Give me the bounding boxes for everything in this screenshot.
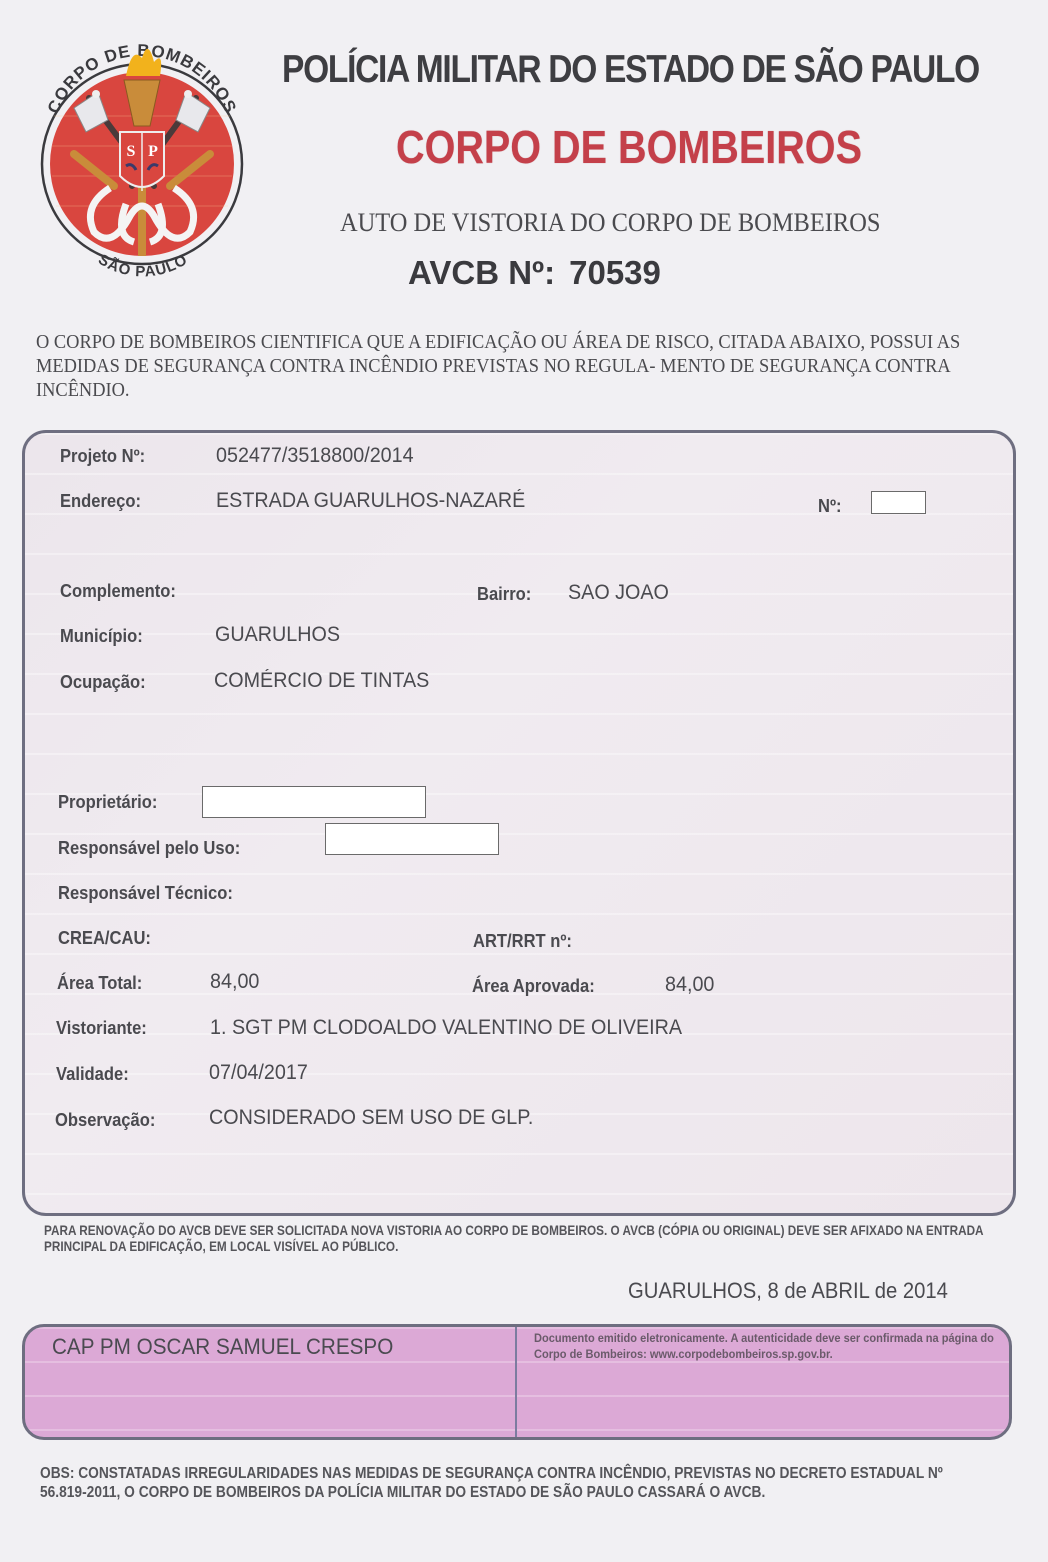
endereco-label: Endereço: [60, 491, 141, 512]
certification-statement: O CORPO DE BOMBEIROS CIENTIFICA QUE A ED… [36, 330, 1026, 402]
validade-label: Validade: [56, 1064, 129, 1085]
responsavel-uso-redacted [325, 823, 499, 855]
numero-label: Nº: [818, 496, 842, 517]
observacao-label: Observação: [55, 1110, 155, 1131]
ocupacao-value: COMÉRCIO DE TINTAS [214, 669, 429, 693]
avcb-number: AVCB Nº:70539 [408, 254, 661, 292]
crea-cau-label: CREA/CAU: [58, 928, 151, 949]
svg-text:S: S [127, 143, 136, 160]
area-aprovada-value: 84,00 [665, 973, 714, 997]
signature-divider [515, 1327, 517, 1437]
place-date: GUARULHOS, 8 de ABRIL de 2014 [628, 1278, 948, 1304]
municipio-label: Município: [60, 626, 143, 647]
ocupacao-label: Ocupação: [60, 672, 146, 693]
vistoriante-value: 1. SGT PM CLODOALDO VALENTINO DE OLIVEIR… [210, 1016, 682, 1040]
renewal-notice: PARA RENOVAÇÃO DO AVCB DEVE SER SOLICITA… [44, 1222, 1002, 1254]
signer-name: CAP PM OSCAR SAMUEL CRESPO [52, 1334, 393, 1360]
projeto-label: Projeto Nº: [60, 446, 145, 467]
area-total-value: 84,00 [210, 970, 259, 994]
complemento-label: Complemento: [60, 581, 176, 602]
avcb-label: AVCB Nº: [408, 254, 555, 291]
vistoriante-label: Vistoriante: [56, 1018, 147, 1039]
unit-title: CORPO DE BOMBEIROS [396, 120, 862, 174]
projeto-value: 052477/3518800/2014 [216, 444, 414, 468]
art-rrt-label: ART/RRT nº: [473, 931, 572, 952]
firefighter-emblem-icon: CORPO DE BOMBEIROS S P [34, 36, 250, 286]
property-info-box [22, 430, 1016, 1216]
proprietario-label: Proprietário: [58, 792, 157, 813]
avcb-value: 70539 [569, 254, 661, 291]
org-title: POLÍCIA MILITAR DO ESTADO DE SÃO PAULO [282, 48, 918, 92]
proprietario-redacted [202, 786, 426, 818]
document-title: AUTO DE VISTORIA DO CORPO DE BOMBEIROS [340, 208, 880, 238]
bairro-value: SAO JOAO [568, 581, 669, 605]
bairro-label: Bairro: [477, 584, 531, 605]
observacao-value: CONSIDERADO SEM USO DE GLP. [209, 1106, 533, 1130]
authenticity-note: Documento emitido eletronicamente. A aut… [534, 1330, 994, 1362]
responsavel-uso-label: Responsável pelo Uso: [58, 838, 240, 859]
responsavel-tecnico-label: Responsável Técnico: [58, 883, 233, 904]
footer-obs: OBS: CONSTATADAS IRREGULARIDADES NAS MED… [40, 1464, 986, 1502]
validade-value: 07/04/2017 [209, 1061, 308, 1085]
svg-text:P: P [148, 143, 158, 160]
municipio-value: GUARULHOS [215, 623, 340, 647]
area-total-label: Área Total: [57, 973, 142, 994]
area-aprovada-label: Área Aprovada: [472, 976, 595, 997]
endereco-value: ESTRADA GUARULHOS-NAZARÉ [216, 489, 525, 513]
numero-redacted [871, 491, 926, 514]
